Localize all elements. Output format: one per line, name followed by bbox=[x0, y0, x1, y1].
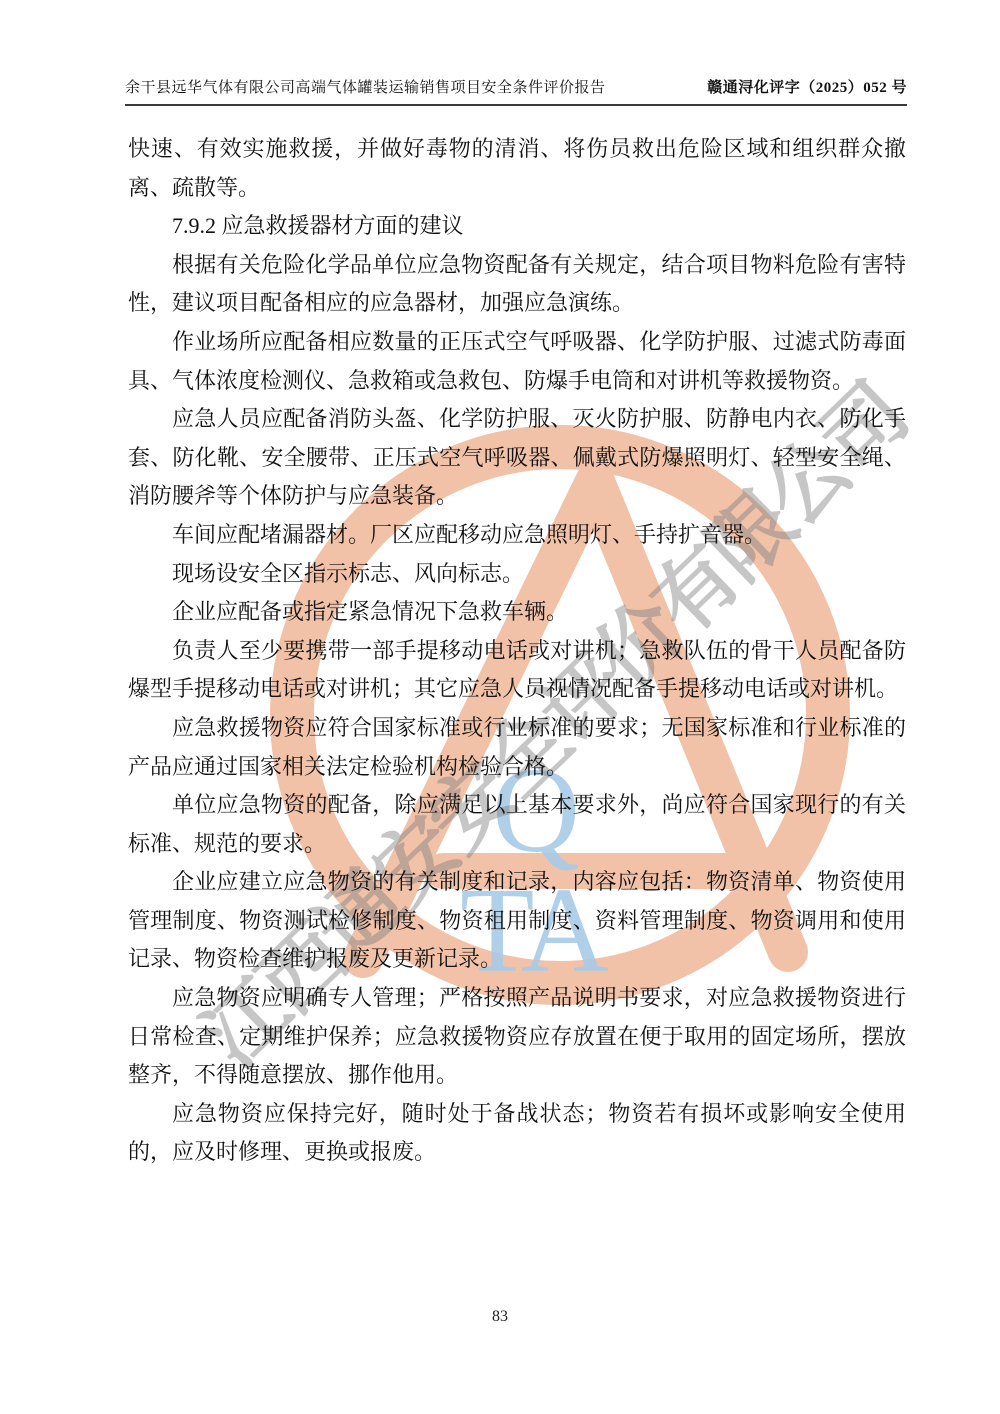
paragraph: 现场设安全区指示标志、风向标志。 bbox=[128, 555, 906, 594]
page-footer: 83 bbox=[0, 1308, 1000, 1326]
paragraph: 应急人员应配备消防头盔、化学防护服、灭火防护服、防静电内衣、防化手套、防化靴、安… bbox=[128, 400, 906, 516]
paragraph: 应急物资应明确专人管理；严格按照产品说明书要求，对应急救援物资进行日常检查、定期… bbox=[128, 979, 906, 1095]
paragraph: 应急物资应保持完好，随时处于备战状态；物资若有损坏或影响安全使用的，应及时修理、… bbox=[128, 1095, 906, 1172]
paragraph: 根据有关危险化学品单位应急物资配备有关规定，结合项目物料危险有害特性，建议项目配… bbox=[128, 246, 906, 323]
paragraph: 快速、有效实施救援，并做好毒物的清消、将伤员救出危险区域和组织群众撤离、疏散等。 bbox=[128, 130, 906, 207]
report-page: Q TA 江西通安安全评价有限公司 余干县远华气体有限公司高端气体罐装运输销售项… bbox=[0, 0, 1000, 1414]
header-document-number: 赣通浔化评字（2025）052 号 bbox=[707, 76, 907, 97]
paragraph: 负责人至少要携带一部手提移动电话或对讲机；急救队伍的骨干人员配备防爆型手提移动电… bbox=[128, 632, 906, 709]
paragraph: 车间应配堵漏器材。厂区应配移动应急照明灯、手持扩音器。 bbox=[128, 516, 906, 555]
paragraph: 企业应建立应急物资的有关制度和记录，内容应包括：物资清单、物资使用管理制度、物资… bbox=[128, 863, 906, 979]
paragraph: 应急救援物资应符合国家标准或行业标准的要求；无国家标准和行业标准的产品应通过国家… bbox=[128, 709, 906, 786]
paragraph: 单位应急物资的配备，除应满足以上基本要求外，尚应符合国家现行的有关标准、规范的要… bbox=[128, 786, 906, 863]
document-body: 快速、有效实施救援，并做好毒物的清消、将伤员救出危险区域和组织群众撤离、疏散等。… bbox=[128, 130, 906, 1172]
page-header: 余干县远华气体有限公司高端气体罐装运输销售项目安全条件评价报告 赣通浔化评字（2… bbox=[125, 76, 907, 106]
section-heading: 7.9.2 应急救援器材方面的建议 bbox=[128, 207, 906, 246]
page-number: 83 bbox=[492, 1308, 508, 1325]
paragraph: 作业场所应配备相应数量的正压式空气呼吸器、化学防护服、过滤式防毒面具、气体浓度检… bbox=[128, 323, 906, 400]
paragraph: 企业应配备或指定紧急情况下急救车辆。 bbox=[128, 593, 906, 632]
header-report-title: 余干县远华气体有限公司高端气体罐装运输销售项目安全条件评价报告 bbox=[125, 76, 606, 97]
